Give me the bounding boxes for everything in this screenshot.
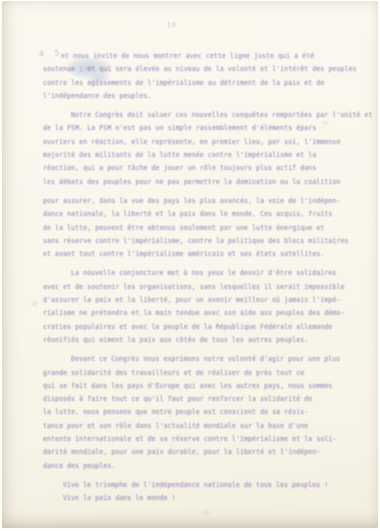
text-line: pour assurer, dans la vue des pays les p… bbox=[43, 195, 351, 208]
page-number: 10 bbox=[154, 21, 190, 29]
text-line: craties populaires et avec le peuple de … bbox=[43, 321, 351, 334]
paper-fleck bbox=[32, 301, 37, 306]
text-line: soutenue ; et qui sera élevée au niveau … bbox=[43, 63, 351, 76]
paragraph: La nouvelle conjoncture met à nos yeux l… bbox=[43, 267, 351, 347]
text-line: dance nationale, la liberté et la paix d… bbox=[43, 208, 351, 221]
text-line: et avant tout contre l'impérialisme amér… bbox=[43, 248, 351, 261]
text-line: les débats des peuples pour ne pas perme… bbox=[43, 176, 351, 189]
text-line: qui se fait dans les pays d'Europe qui a… bbox=[43, 380, 351, 393]
text-line: et nous invite de nous montrer avec cett… bbox=[43, 50, 351, 63]
text-line: Notre Congrès doit saluer ces nouvelles … bbox=[43, 109, 351, 122]
text-line: tance pour et son rôle dans l'actualité … bbox=[43, 420, 351, 433]
paragraph: pour assurer, dans la vue des pays les p… bbox=[43, 195, 351, 261]
text-line: entente internationale et de sa réserve … bbox=[43, 433, 351, 446]
text-line: majorité des militants de la lutte menée… bbox=[43, 149, 351, 162]
scanned-page: 10 4 5 et nous invite de nous montrer av… bbox=[2, 1, 378, 528]
text-line: de la lutte, peuvent être obtenus seulem… bbox=[43, 222, 351, 235]
text-line: d'assurer la paix et la liberté, pour un… bbox=[43, 294, 351, 307]
text-line: grande solidarité des travailleurs et de… bbox=[43, 367, 351, 380]
paragraph: et nous invite de nous montrer avec cett… bbox=[43, 50, 351, 103]
text-line: rialisme ne prétendra et la main tendue … bbox=[43, 307, 351, 320]
paragraph: Notre Congrès doit saluer ces nouvelles … bbox=[43, 109, 351, 189]
text-line: dance des peuples. bbox=[43, 460, 351, 473]
text-line: ouvriers en réaction, elle représente, e… bbox=[43, 136, 351, 149]
text-line: Vive le triomphe de l'indépendance natio… bbox=[43, 479, 351, 492]
text-line: darité mondiale, pour une paix durable, … bbox=[43, 446, 351, 459]
typewritten-text-block: et nous invite de nous montrer avec cett… bbox=[43, 50, 351, 512]
text-line: la lutte, nous pensons que notre peuple … bbox=[43, 406, 351, 419]
text-line: de la FSM. La FSM n'est pas un simple ra… bbox=[43, 122, 351, 135]
text-line: avec et de soutenir les organisations, s… bbox=[43, 281, 351, 294]
text-line: La nouvelle conjoncture met à nos yeux l… bbox=[43, 267, 351, 280]
text-line: disposés à faire tout ce qu'il faut pour… bbox=[43, 393, 351, 406]
paragraph: Vive le triomphe de l'indépendance natio… bbox=[43, 479, 351, 506]
text-line: réunifiés qui aiment la paix aux côtés d… bbox=[43, 334, 351, 347]
text-line: contre les agissements de l'impérialisme… bbox=[43, 77, 351, 90]
text-line: Vive la paix dans le monde ! bbox=[43, 492, 351, 505]
text-line: réaction, qui a pour tâche de jouer un r… bbox=[43, 162, 351, 175]
paragraph: Devant ce Congrès nous exprimons notre v… bbox=[43, 353, 351, 473]
scan-background: 10 4 5 et nous invite de nous montrer av… bbox=[0, 0, 380, 531]
text-line: Devant ce Congrès nous exprimons notre v… bbox=[43, 353, 351, 366]
text-line: l'indépendance des peuples. bbox=[43, 90, 351, 103]
text-line: sans réserve contre l'impérialisme, cont… bbox=[43, 235, 351, 248]
